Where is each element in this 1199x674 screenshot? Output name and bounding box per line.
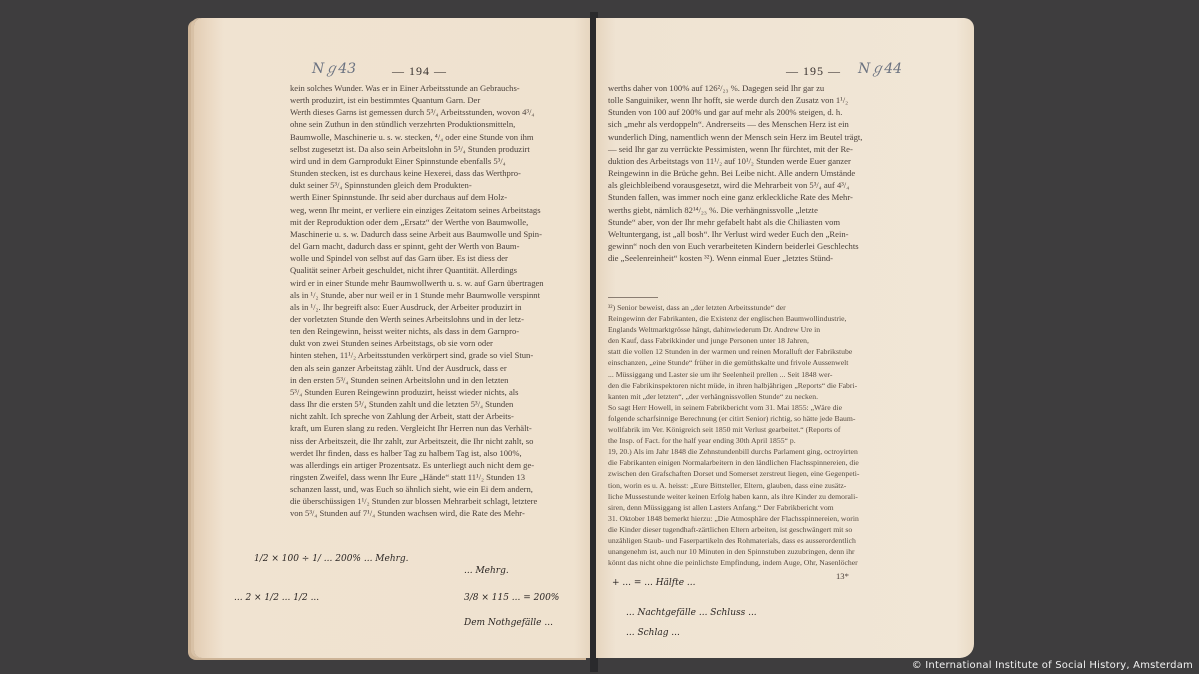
footnote-line: die Kinder dieser tugendhaft-zärtlichen … bbox=[608, 524, 920, 535]
footnote-line: die Fabrikanten einigen Normalarbeitern … bbox=[608, 457, 920, 468]
text-line: Stunden stecken, ist es durchaus keine H… bbox=[290, 167, 580, 179]
text-line: als in ¹/₂. Ihr begreift also: Euer Ausd… bbox=[290, 301, 580, 313]
footnote-line: ... Müssiggang und Laster sie um ihr See… bbox=[608, 369, 920, 380]
text-line: Baumwolle, Maschinerie u. s. w. stecken,… bbox=[290, 131, 580, 143]
text-line: hinten stehen, 11¹/₂ Arbeitsstunden verk… bbox=[290, 349, 580, 361]
footnote-line: So sagt Herr Howell, in seinem Fabrikber… bbox=[608, 402, 920, 413]
text-line: schanzen lasst, und, was Euch so ähnlich… bbox=[290, 483, 580, 495]
text-line: Weltuntergang, ist „all bosh“. Ihr Verlu… bbox=[608, 228, 920, 240]
text-line: mit der Reproduktion oder dem „Ersatz“ d… bbox=[290, 216, 580, 228]
text-line: Stunden fallen, was immer noch eine ganz… bbox=[608, 191, 920, 203]
text-line: Qualität seiner Arbeit geschuldet, nicht… bbox=[290, 264, 580, 276]
text-line: dukt seiner 5³/₄ Spinnstunden gleich dem… bbox=[290, 179, 580, 191]
text-line: selbst zugesetzt ist. Da also sein Arbei… bbox=[290, 143, 580, 155]
text-line: Stunden von 100 auf 200% und gar auf meh… bbox=[608, 106, 920, 118]
text-line: nicht zahlt. Ich spreche von Zahlung der… bbox=[290, 410, 580, 422]
marginalia-line: 1/2 × 100 ÷ 1/ ... 200% ... Mehrg. bbox=[254, 554, 594, 564]
right-page: — 195 — Nℊ44 werths daher von 100% auf 1… bbox=[596, 18, 974, 658]
main-text: werths daher von 100% auf 126²/₂₃ %. Dag… bbox=[608, 82, 920, 264]
marginalia-line: + ... = ... Hälfte ... bbox=[612, 578, 952, 588]
text-line: in den ersten 5³/₄ Stunden seinen Arbeit… bbox=[290, 374, 580, 386]
image-credit: © International Institute of Social Hist… bbox=[912, 660, 1193, 671]
text-line: wolle und Spindel von selbst auf das Gar… bbox=[290, 252, 580, 264]
text-line: als in ¹/₂ Stunde, aber nur weil er in 1… bbox=[290, 289, 580, 301]
text-line: Stunde“ aber, von der Ihr mehr gefabelt … bbox=[608, 216, 920, 228]
marginalia-line: Dem Nothgefälle ... bbox=[464, 618, 604, 628]
main-text: kein solches Wunder. Was er in Einer Arb… bbox=[290, 82, 580, 520]
text-line: dukt von zwei Stunden seines Arbeitstags… bbox=[290, 337, 580, 349]
handwritten-archive-number: Nℊ43 bbox=[312, 58, 356, 78]
marginalia-line: ... 2 × 1/2 ... 1/2 ... bbox=[234, 593, 454, 603]
footnote-line: den die Fabrikinspektoren nicht müde, in… bbox=[608, 380, 920, 391]
text-line: werths daher von 100% auf 126²/₂₃ %. Dag… bbox=[608, 82, 920, 94]
text-line: als gleichbleibend vorausgesetzt, wird d… bbox=[608, 179, 920, 191]
text-line: dass Ihr die ersten 5³/₄ Stunden zahlt u… bbox=[290, 398, 580, 410]
footnote-line: 19, 20.) Als im Jahr 1848 die Zehnstunde… bbox=[608, 446, 920, 457]
text-line: die überschüssigen 1¹/₂ Stunden zur blos… bbox=[290, 495, 580, 507]
footnote-line: wollfabrik im Ver. Königreich seit 1850 … bbox=[608, 424, 920, 435]
marginalia-line: ... Nachtgefälle ... Schluss ... bbox=[626, 608, 966, 618]
text-line: Werth dieses Garns ist gemessen durch 5³… bbox=[290, 106, 580, 118]
text-line: den als sein ganzer Arbeitstag zählt. Un… bbox=[290, 362, 580, 374]
text-line: niss der Arbeitszeit, die Ihr zahlt, zur… bbox=[290, 435, 580, 447]
marginalia-line: ... Schlag ... bbox=[626, 628, 966, 638]
footnote-line: unangenehm ist, auch nur 10 Minuten in d… bbox=[608, 546, 920, 557]
text-line: 5³/₄ Stunden Euren Reingewinn produzirt,… bbox=[290, 386, 580, 398]
left-page: Nℊ43 — 194 — kein solches Wunder. Was er… bbox=[194, 18, 592, 658]
footnote-rule bbox=[608, 297, 658, 298]
footnote-line: ³²) Senior beweist, dass an „der letzten… bbox=[608, 302, 920, 313]
footnote-line: zwischen den Grafschaften Dorset und Som… bbox=[608, 468, 920, 479]
text-line: wird er in einer Stunde mehr Baumwollwer… bbox=[290, 277, 580, 289]
text-line: wunderlich Ding, namentlich wenn der Men… bbox=[608, 131, 920, 143]
footnote-line: tion, worin es u. A. heisst: „Eure Bitts… bbox=[608, 480, 920, 491]
text-line: von 5³/₄ Stunden auf 7¹/₄ Stunden wachse… bbox=[290, 507, 580, 519]
text-line: kein solches Wunder. Was er in Einer Arb… bbox=[290, 82, 580, 94]
footnote-line: den Kauf, dass Fabrikkinder und junge Pe… bbox=[608, 335, 920, 346]
footnote-line: 31. Oktober 1848 bemerkt hierzu: „Die At… bbox=[608, 513, 920, 524]
text-line: ten den Reingewinn, heisst weiter nichts… bbox=[290, 325, 580, 337]
text-line: gewinn“ noch den von Euch verarbeiteten … bbox=[608, 240, 920, 252]
footnote-line: einschanzen, „eine Stunde“ früher in die… bbox=[608, 357, 920, 368]
text-line: werth produzirt, ist ein bestimmtes Quan… bbox=[290, 94, 580, 106]
text-line: die „Seelenreinheit“ kosten ³²). Wenn ei… bbox=[608, 252, 920, 264]
footnote-line: siren, denn Müssiggang ist allen Lasters… bbox=[608, 502, 920, 513]
text-line: der vorletzten Stunde den Werth seines A… bbox=[290, 313, 580, 325]
footnote-line: Englands Weltmarktgrösse hängt, dahinwie… bbox=[608, 324, 920, 335]
footnote-text: ³²) Senior beweist, dass an „der letzten… bbox=[608, 302, 920, 568]
footnote-line: statt die vollen 12 Stunden in der warme… bbox=[608, 346, 920, 357]
footnote-line: könnt das nicht ohne die peinlichste Emp… bbox=[608, 557, 920, 568]
text-line: sich „mehr als verdoppeln“. Andrerseits … bbox=[608, 118, 920, 130]
footnote-line: Reingewinn der Fabrikanten, die Existenz… bbox=[608, 313, 920, 324]
text-line: — seid Ihr gar zu verrückte Pessimisten,… bbox=[608, 143, 920, 155]
text-line: tolle Sanguiniker, wenn Ihr hofft, sie w… bbox=[608, 94, 920, 106]
open-book: Nℊ43 — 194 — kein solches Wunder. Was er… bbox=[188, 12, 978, 660]
text-line: kraft, um Euren slang zu reden. Vergleic… bbox=[290, 422, 580, 434]
text-line: del Garn macht, dadurch dass er spinnt, … bbox=[290, 240, 580, 252]
page-number: — 194 — bbox=[392, 64, 447, 79]
marginalia-line: 3/8 × 115 ... = 200% bbox=[464, 593, 604, 603]
text-line: Maschinerie u. s. w. Dadurch dass seine … bbox=[290, 228, 580, 240]
text-line: duktion des Arbeitstags von 11¹/₂ auf 10… bbox=[608, 155, 920, 167]
footnote-line: kanten mit „der letzten“, „der verhängni… bbox=[608, 391, 920, 402]
text-line: weg, wenn Ihr meint, er verliere ein ein… bbox=[290, 204, 580, 216]
text-line: wird und in dem Garnprodukt Einer Spinns… bbox=[290, 155, 580, 167]
marginalia-line: ... Mehrg. bbox=[464, 566, 584, 576]
text-line: werdet Ihr finden, dass es halber Tag zu… bbox=[290, 447, 580, 459]
page-number: — 195 — bbox=[786, 64, 841, 79]
footnote-line: folgende scharfsinnige Berechnung (er ci… bbox=[608, 413, 920, 424]
text-line: was allerdings ein artiger Prozentsatz. … bbox=[290, 459, 580, 471]
handwritten-archive-number: Nℊ44 bbox=[858, 58, 902, 78]
footnote-line: unzähligen Staub- und Faserpartikeln des… bbox=[608, 535, 920, 546]
text-line: ringsten Zweifel, dass wenn Ihr Eure „Hä… bbox=[290, 471, 580, 483]
footnote-line: liche Mussestunde weiter keinen Erfolg h… bbox=[608, 491, 920, 502]
footnote-line: the Insp. of Fact. for the half year end… bbox=[608, 435, 920, 446]
text-line: Reingewinn in die Brüche gehn. Bei Leibe… bbox=[608, 167, 920, 179]
text-line: werths giebt, nämlich 82¹⁴/₂₃ %. Die ver… bbox=[608, 204, 920, 216]
text-line: ohne sein Zuthun in den stündlich verzeh… bbox=[290, 118, 580, 130]
text-line: werth Einer Spinnstunde. Ihr seid aber d… bbox=[290, 191, 580, 203]
